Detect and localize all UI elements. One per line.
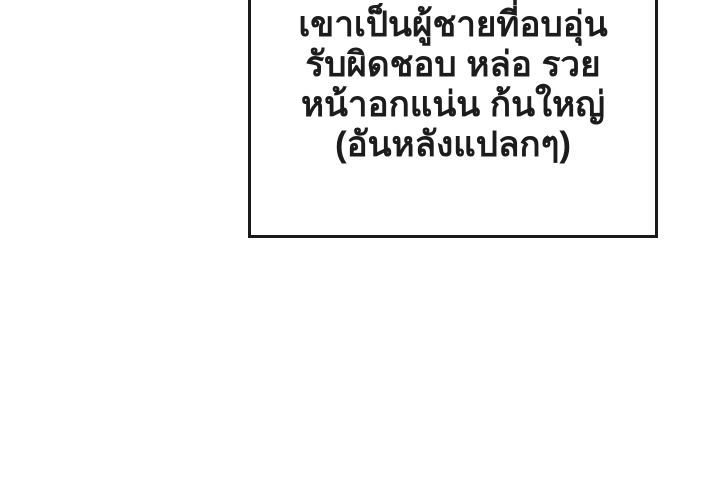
caption-line-2: รับผิดชอบ หล่อ รวย xyxy=(251,45,655,85)
caption-text: เขาเป็นผู้ชายที่อบอุ่น รับผิดชอบ หล่อ รว… xyxy=(251,5,655,165)
caption-box: เขาเป็นผู้ชายที่อบอุ่น รับผิดชอบ หล่อ รว… xyxy=(248,0,658,238)
caption-line-3: หน้าอกแน่น ก้นใหญ่ xyxy=(251,85,655,125)
caption-line-4: (อันหลังแปลกๆ) xyxy=(251,125,655,165)
comic-page: เขาเป็นผู้ชายที่อบอุ่น รับผิดชอบ หล่อ รว… xyxy=(0,0,720,500)
caption-line-1: เขาเป็นผู้ชายที่อบอุ่น xyxy=(251,5,655,45)
